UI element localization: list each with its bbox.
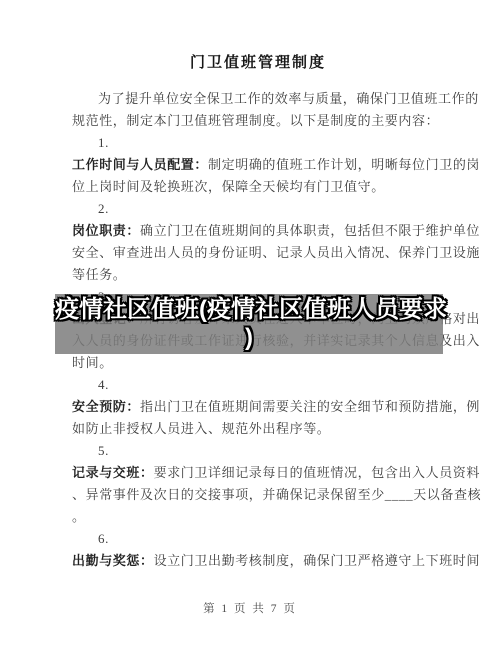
document-page: 门卫值班管理制度 为了提升单位安全保卫工作的效率与质量，确保门卫值班工作的规范性…: [0, 0, 500, 647]
doc-line: 工作时间与人员配置：制定明确的值班工作计划，明晰每位门卫的岗: [72, 154, 444, 176]
doc-line: 如防止非授权人员进入、规范外出程序等。: [72, 418, 444, 440]
doc-line-label: 出勤与奖惩：: [72, 553, 154, 568]
doc-line-text: 2.: [98, 201, 109, 216]
doc-line: 5.: [72, 440, 444, 462]
watermark-overlay-band: 疫情社区值班(疫情社区值班人员要求 ): [55, 294, 443, 354]
doc-line: 位上岗时间及轮换班次，保障全天候均有门卫值守。: [72, 176, 444, 198]
doc-line: 。: [72, 506, 444, 528]
doc-line-text: 安全、审查进出人员的身份证明、记录人员出入情况、保养门卫设施: [72, 245, 480, 260]
doc-line-text: 指出门卫在值班期间需要关注的安全细节和预防措施，例: [140, 399, 480, 414]
doc-line-label: 记录与交班：: [72, 465, 154, 480]
document-title: 门卫值班管理制度: [72, 52, 444, 74]
doc-line-text: 要求门卫详细记录每日的值班情况，包含出入人员资料: [154, 465, 480, 480]
doc-line: 、异常事件及次日的交接事项，并确保记录保留至少____天以备查核: [72, 484, 444, 506]
doc-line: 岗位职责：确立门卫在值班期间的具体职责，包括但不限于维护单位: [72, 220, 444, 242]
doc-line-text: 规范性，制定本门卫值班管理制度。以下是制度的主要内容：: [72, 113, 439, 128]
doc-line-text: 位上岗时间及轮换班次，保障全天候均有门卫值守。: [72, 179, 385, 194]
doc-line: 为了提升单位安全保卫工作的效率与质量，确保门卫值班工作的: [72, 88, 444, 110]
doc-line-label: 岗位职责：: [72, 223, 140, 238]
doc-line: 2.: [72, 198, 444, 220]
doc-line-text: 为了提升单位安全保卫工作的效率与质量，确保门卫值班工作的: [98, 91, 479, 106]
doc-line: 6.: [72, 528, 444, 550]
doc-line: 出勤与奖惩：设立门卫出勤考核制度，确保门卫严格遵守上下班时间: [72, 550, 444, 572]
doc-line-text: 确立门卫在值班期间的具体职责，包括但不限于维护单位: [140, 223, 480, 238]
doc-line-label: 安全预防：: [72, 399, 140, 414]
doc-line: 时间。: [72, 352, 444, 374]
doc-line: 1.: [72, 132, 444, 154]
doc-line-text: 、异常事件及次日的交接事项，并确保记录保留至少____天以备查核: [72, 487, 481, 502]
doc-line-label: 工作时间与人员配置：: [72, 157, 208, 172]
page-number-footer: 第 1 页 共 7 页: [0, 600, 500, 616]
document-body: 门卫值班管理制度 为了提升单位安全保卫工作的效率与质量，确保门卫值班工作的规范性…: [72, 0, 444, 572]
doc-line-text: 时间。: [72, 355, 113, 370]
doc-line-text: 5.: [98, 443, 109, 458]
watermark-title-line2: ): [55, 324, 443, 352]
doc-line: 安全、审查进出人员的身份证明、记录人员出入情况、保养门卫设施: [72, 242, 444, 264]
doc-line-text: 等任务。: [72, 267, 126, 282]
doc-line-text: 1.: [98, 135, 109, 150]
doc-line-text: 。: [72, 509, 86, 524]
doc-line: 安全预防：指出门卫在值班期间需要关注的安全细节和预防措施，例: [72, 396, 444, 418]
doc-line: 等任务。: [72, 264, 444, 286]
doc-line-text: 如防止非授权人员进入、规范外出程序等。: [72, 421, 330, 436]
doc-line-text: 6.: [98, 531, 109, 546]
doc-line: 记录与交班：要求门卫详细记录每日的值班情况，包含出入人员资料: [72, 462, 444, 484]
watermark-title-line1: 疫情社区值班(疫情社区值班人员要求: [55, 296, 443, 324]
doc-line-text: 制定明确的值班工作计划，明晰每位门卫的岗: [208, 157, 480, 172]
doc-line: 规范性，制定本门卫值班管理制度。以下是制度的主要内容：: [72, 110, 444, 132]
doc-line: 4.: [72, 374, 444, 396]
doc-line-text: 设立门卫出勤考核制度，确保门卫严格遵守上下班时间: [154, 553, 480, 568]
doc-line-text: 4.: [98, 377, 109, 392]
